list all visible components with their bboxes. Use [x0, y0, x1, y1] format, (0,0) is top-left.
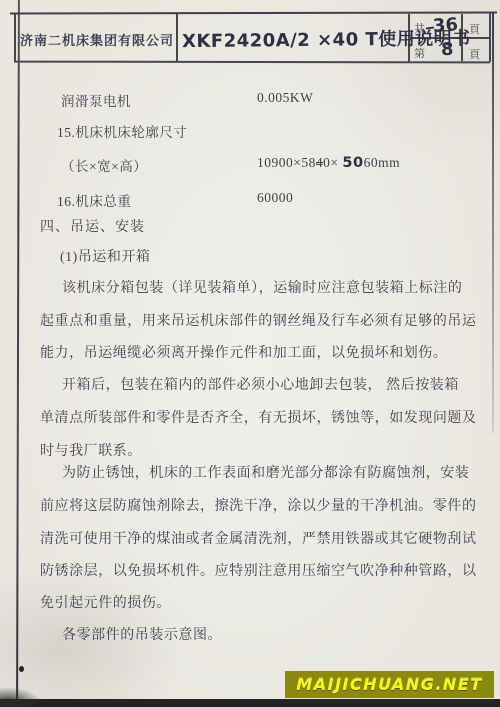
spec-outline-label: 15.机床机床轮廓尺寸 [57, 121, 187, 141]
dims-print-c: 60mm [364, 155, 401, 170]
body-line: 各零部件的吊装示意图。 [40, 624, 500, 644]
top-rule-line [10, 11, 497, 14]
pages-total-label: 共 [414, 20, 425, 36]
scanned-manual-page: 济南二机床集团有限公司 XKF2420A/2 ×40 T使用说明书 共 36 頁… [0, 0, 500, 707]
body-line: 防锈涂层，以免损坏机件。应特别注意用压缩空气吹净种种管路，以 [40, 560, 485, 580]
corner-smudge [0, 688, 40, 707]
body-line: 清洗可使用干净的煤油或者金属清洗剂，严禁用铁器或其它硬物刮试 [40, 528, 485, 548]
manual-title-handwritten: XKF2420A/2 ×40 T使用说明书 [182, 25, 406, 53]
spec-dims-value: 10900×5840× 5060mm [257, 155, 400, 171]
company-name: 济南二机床集团有限公司 [19, 30, 175, 49]
body-line: 起重点和重量，用来吊运机床部件的钢丝绳及行车必须有足够的吊运 [40, 310, 485, 330]
left-binding-line [16, 0, 20, 707]
section-heading: 四、吊运、安装 [40, 216, 145, 236]
header-table-right-border [489, 13, 491, 62]
body-line: 该机床分箱包装（详见装箱单），运输时应注意包装箱上标注的 [40, 277, 500, 297]
watermark-banner: MAIJICHUANG.NET [285, 671, 494, 698]
spec-weight-label: 16.机床总重 [57, 190, 131, 210]
section-subheading: (1)吊运和开箱 [60, 246, 150, 266]
pages-total-unit: 頁 [469, 21, 480, 37]
header-table-left-border [14, 14, 16, 62]
body-line: 开箱后，包装在箱内的部件必须小心地卸去包装， 然后按装箱 [40, 374, 500, 394]
body-line: 前应将这层防腐蚀剂除去，擦洗干净，涂以少量的干净机油。零件的 [40, 495, 485, 515]
page-current-value: 8 [441, 39, 454, 60]
spec-weight-value: 60000 [257, 190, 293, 206]
bottom-scan-band [0, 699, 500, 707]
header-table-bottom-border [14, 61, 490, 64]
page-current-label: 第 [414, 45, 425, 61]
spec-pump-value: 0.005KW [257, 90, 313, 106]
dims-print-b: 0× [323, 155, 338, 170]
body-line: 能力，吊运绳缆必须离开操作元件和加工面，以免损坏和划伤。 [40, 342, 485, 362]
ink-dot [19, 666, 24, 672]
dims-print-a: 10900×58 [257, 155, 316, 170]
spec-dims-label: （长×宽×高） [61, 155, 147, 175]
body-line: 单清点所装部件和零件是否齐全，有无损坏，锈蚀等，如发现问题及 [40, 407, 485, 427]
right-edge-line [492, 13, 494, 433]
spec-pump-label: 润滑泵电机 [61, 90, 131, 110]
pages-total-value: 36 [432, 14, 458, 37]
body-line: 时与我厂联系。 [40, 440, 485, 460]
body-line: 为防止锈蚀，机床的工作表面和磨光部分都涂有防腐蚀剂，安装 [40, 462, 500, 482]
dims-handwritten-correction: 50 [342, 155, 363, 171]
page-current-unit: 頁 [469, 46, 480, 62]
body-line: 免引起元件的损伤。 [40, 592, 485, 612]
header-table-divider-1 [176, 14, 178, 62]
